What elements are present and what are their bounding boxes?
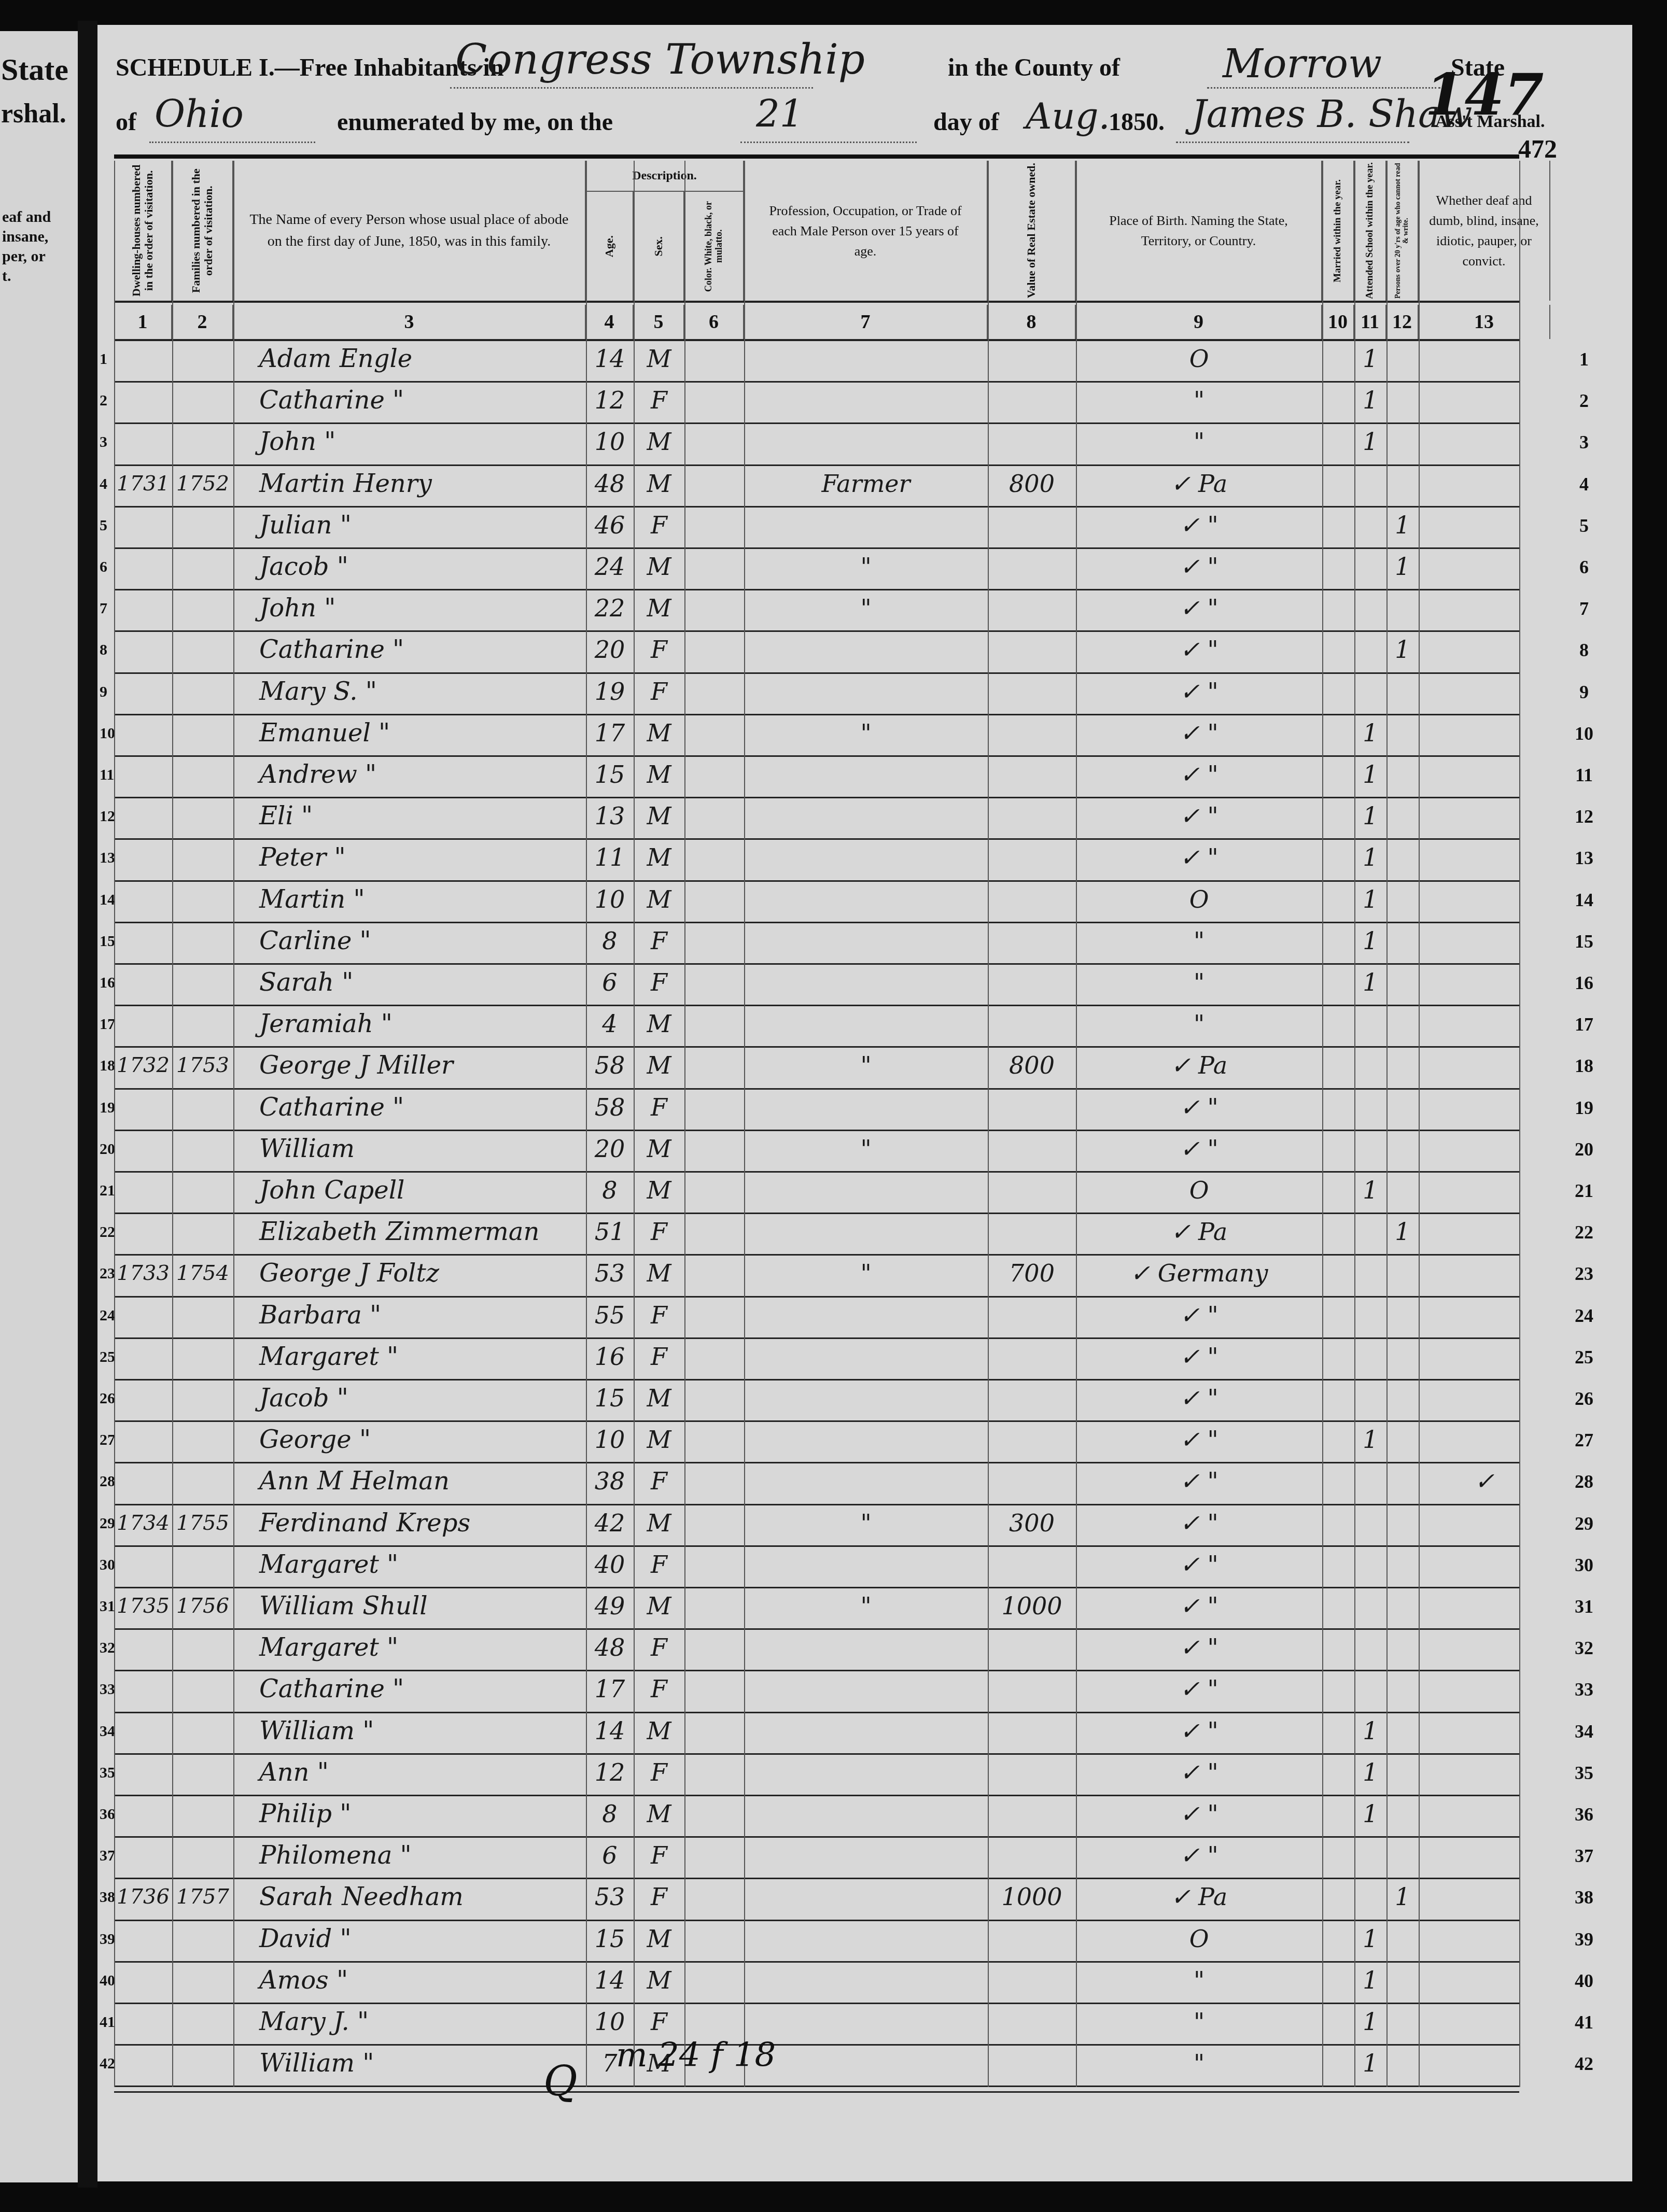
age-value: 10	[586, 2004, 634, 2039]
year-value: 1850.	[1109, 108, 1165, 136]
line-number-left: 1	[100, 350, 107, 368]
dwelling-number	[114, 590, 172, 626]
person-name: Philomena "	[233, 1838, 612, 1873]
dwelling-number	[114, 341, 172, 376]
family-number: 1757	[172, 1879, 233, 1914]
table-row: 28Ann M Helman38F✓ "✓28	[114, 1463, 1519, 1499]
real-estate-value	[988, 1796, 1076, 1831]
school-mark: 1	[1354, 341, 1386, 376]
illiterate-mark	[1386, 1755, 1419, 1790]
occupation-value	[744, 632, 988, 667]
school-mark: 1	[1354, 1713, 1386, 1749]
disability-mark	[1419, 466, 1550, 501]
occupation-value	[744, 1090, 988, 1125]
line-number-left: 42	[100, 2055, 115, 2073]
sex-value: M	[634, 1422, 684, 1457]
person-name: Catharine "	[233, 1671, 612, 1707]
col-label: Color. White, black, or mulatto.	[704, 192, 724, 301]
sex-value: M	[634, 1131, 684, 1166]
birthplace-value: ✓ "	[1076, 508, 1322, 543]
month-value: Aug.	[1026, 95, 1110, 137]
dwelling-number: 1733	[114, 1256, 172, 1291]
real-estate-value	[988, 383, 1076, 418]
person-name: Sarah "	[233, 965, 612, 1000]
birthplace-value: ✓ "	[1076, 590, 1322, 626]
family-number	[172, 1755, 233, 1790]
table-row: 12Eli "13M✓ "112	[114, 798, 1519, 834]
dwelling-number	[114, 1547, 172, 1582]
school-mark: 1	[1354, 1173, 1386, 1208]
age-value: 16	[586, 1339, 634, 1374]
occupation-value	[744, 1173, 988, 1208]
table-row: 3John "10M"13	[114, 424, 1519, 459]
age-value: 20	[586, 1131, 634, 1166]
person-name: Andrew "	[233, 757, 612, 792]
person-name: William	[233, 1131, 612, 1166]
family-number	[172, 2004, 233, 2039]
sex-value: F	[634, 1879, 684, 1914]
sex-value: F	[634, 1298, 684, 1333]
sex-value: F	[634, 1214, 684, 1249]
line-number-right: 12	[1556, 806, 1613, 827]
real-estate-value: 1000	[988, 1588, 1076, 1624]
real-estate-value	[988, 1838, 1076, 1873]
real-estate-value	[988, 2046, 1076, 2081]
real-estate-value	[988, 2004, 1076, 2039]
dwelling-number	[114, 1006, 172, 1041]
col-header-sex: Sex.	[634, 192, 684, 301]
illiterate-mark	[1386, 1921, 1419, 1956]
illiterate-mark	[1386, 424, 1419, 459]
line-number-left: 30	[100, 1556, 115, 1574]
family-number	[172, 1298, 233, 1333]
line-number-left: 23	[100, 1265, 115, 1283]
birthplace-value: ✓ "	[1076, 1838, 1322, 1873]
line-number-right: 3	[1556, 431, 1613, 453]
illiterate-mark	[1386, 882, 1419, 917]
day-underline	[740, 142, 917, 143]
disability-mark	[1419, 1256, 1550, 1291]
school-mark	[1354, 1588, 1386, 1624]
age-value: 15	[586, 1380, 634, 1416]
line-number-right: 22	[1556, 1221, 1613, 1243]
census-table	[114, 154, 1519, 159]
disability-mark	[1419, 424, 1550, 459]
table-row: 19Catharine "58F✓ "19	[114, 1090, 1519, 1125]
column-rule	[114, 161, 115, 2087]
family-number	[172, 383, 233, 418]
school-mark	[1354, 1131, 1386, 1166]
table-row: 42William "7M"142	[114, 2046, 1519, 2081]
age-value: 19	[586, 674, 634, 709]
book-binding	[78, 21, 97, 2188]
school-mark	[1354, 1090, 1386, 1125]
birthplace-value: "	[1076, 1006, 1322, 1041]
line-number-right: 11	[1556, 764, 1613, 786]
line-number-right: 17	[1556, 1013, 1613, 1035]
family-number: 1756	[172, 1588, 233, 1624]
school-mark	[1354, 1838, 1386, 1873]
real-estate-value	[988, 674, 1076, 709]
person-name: Catharine "	[233, 632, 612, 667]
person-name: Carline "	[233, 923, 612, 959]
county-underline	[1207, 87, 1440, 89]
age-value: 11	[586, 840, 634, 875]
col-num-2: 2	[172, 305, 233, 339]
dwelling-number	[114, 1463, 172, 1499]
illiterate-mark	[1386, 1671, 1419, 1707]
real-estate-value	[988, 1755, 1076, 1790]
person-name: John "	[233, 424, 612, 459]
birthplace-value: ✓ "	[1076, 1131, 1322, 1166]
sex-value: M	[634, 798, 684, 834]
occupation-value: "	[744, 1048, 988, 1083]
sex-value: M	[634, 1713, 684, 1749]
disability-mark	[1419, 1630, 1550, 1665]
person-name: John Capell	[233, 1173, 612, 1208]
age-value: 14	[586, 1713, 634, 1749]
occupation-value	[744, 1963, 988, 1998]
person-name: Barbara "	[233, 1298, 612, 1333]
disability-mark	[1419, 757, 1550, 792]
illiterate-mark	[1386, 590, 1419, 626]
occupation-value	[744, 1838, 988, 1873]
disability-mark	[1419, 2004, 1550, 2039]
line-number-right: 32	[1556, 1637, 1613, 1659]
column-rule	[1354, 161, 1355, 2087]
birthplace-value: ✓ "	[1076, 549, 1322, 584]
birthplace-value: O	[1076, 1173, 1322, 1208]
disability-mark	[1419, 1380, 1550, 1416]
person-name: George J Miller	[233, 1048, 612, 1083]
school-mark	[1354, 1256, 1386, 1291]
col-label: Attended School within the year.	[1365, 162, 1376, 299]
disability-mark	[1419, 1214, 1550, 1249]
disability-mark	[1419, 1547, 1550, 1582]
line-number-right: 1	[1556, 348, 1613, 370]
col-header-illiterate: Persons over 20 y'rs of age who cannot r…	[1386, 161, 1419, 301]
col-num-4: 4	[586, 305, 634, 339]
dwelling-number	[114, 1671, 172, 1707]
table-row: 30Margaret "40F✓ "30	[114, 1547, 1519, 1582]
col-num-8: 8	[988, 305, 1076, 339]
age-value: 14	[586, 341, 634, 376]
age-value: 15	[586, 1921, 634, 1956]
occupation-value	[744, 1671, 988, 1707]
line-number-left: 39	[100, 1931, 115, 1948]
col-num-12: 12	[1386, 305, 1419, 339]
disability-mark	[1419, 1588, 1550, 1624]
line-number-right: 9	[1556, 681, 1613, 703]
illiterate-mark	[1386, 1298, 1419, 1333]
illiterate-mark	[1386, 1006, 1419, 1041]
age-value: 58	[586, 1090, 634, 1125]
line-number-left: 33	[100, 1681, 115, 1698]
real-estate-value	[988, 1339, 1076, 1374]
disability-mark	[1419, 1422, 1550, 1457]
occupation-value	[744, 674, 988, 709]
birthplace-value: ✓ "	[1076, 1090, 1322, 1125]
age-value: 46	[586, 508, 634, 543]
col-label: Married within the year.	[1333, 179, 1343, 283]
table-row: 25Margaret "16F✓ "25	[114, 1339, 1519, 1374]
line-number-left: 5	[100, 517, 107, 534]
person-name: Julian "	[233, 508, 612, 543]
illiterate-mark	[1386, 757, 1419, 792]
age-value: 24	[586, 549, 634, 584]
disability-mark	[1419, 549, 1550, 584]
county-value: Morrow	[1223, 40, 1382, 87]
line-number-left: 41	[100, 2013, 115, 2031]
line-number-left: 11	[100, 766, 114, 784]
dwelling-number	[114, 1131, 172, 1166]
person-name: William "	[233, 1713, 612, 1749]
table-row: 21John Capell8MO121	[114, 1173, 1519, 1208]
line-number-left: 20	[100, 1140, 115, 1158]
family-number	[172, 1422, 233, 1457]
family-number	[172, 1630, 233, 1665]
line-number-right: 24	[1556, 1305, 1613, 1327]
person-name: Amos "	[233, 1963, 612, 1998]
line-number-left: 38	[100, 1889, 115, 1906]
occupation-value	[744, 383, 988, 418]
sex-value: F	[634, 674, 684, 709]
line-number-left: 29	[100, 1515, 115, 1532]
col-label: Persons over 20 y'rs of age who cannot r…	[1394, 161, 1410, 301]
sex-value: F	[634, 1339, 684, 1374]
person-name: George J Foltz	[233, 1256, 612, 1291]
prev-col13-line: t.	[2, 266, 51, 286]
school-mark	[1354, 1879, 1386, 1914]
school-mark: 1	[1354, 757, 1386, 792]
line-number-right: 37	[1556, 1845, 1613, 1867]
family-number	[172, 1671, 233, 1707]
person-name: Ferdinand Kreps	[233, 1505, 612, 1541]
real-estate-value: 1000	[988, 1879, 1076, 1914]
school-mark	[1354, 466, 1386, 501]
table-row: 20William20M"✓ "20	[114, 1131, 1519, 1166]
dwelling-number: 1732	[114, 1048, 172, 1083]
line-number-right: 28	[1556, 1471, 1613, 1492]
disability-mark	[1419, 341, 1550, 376]
dwelling-number	[114, 1339, 172, 1374]
birthplace-value: ✓ "	[1076, 632, 1322, 667]
table-row: 11Andrew "15M✓ "111	[114, 757, 1519, 792]
birthplace-value: "	[1076, 1963, 1322, 1998]
person-name: Jacob "	[233, 1380, 612, 1416]
line-number-right: 6	[1556, 556, 1613, 578]
county-label: in the County of	[948, 53, 1120, 82]
sex-value: M	[634, 549, 684, 584]
birthplace-value: ✓ "	[1076, 1380, 1322, 1416]
real-estate-value	[988, 882, 1076, 917]
dwelling-number: 1735	[114, 1588, 172, 1624]
age-value: 6	[586, 965, 634, 1000]
occupation-value	[744, 1879, 988, 1914]
sex-value: M	[634, 1380, 684, 1416]
col-header-dwelling: Dwelling-houses numbered in the order of…	[114, 161, 172, 301]
sex-value: M	[634, 757, 684, 792]
day-of-label: day of	[933, 108, 999, 136]
occupation-value	[744, 1630, 988, 1665]
column-rule	[172, 161, 173, 2087]
line-number-left: 19	[100, 1099, 115, 1117]
illiterate-mark	[1386, 1713, 1419, 1749]
occupation-value	[744, 1713, 988, 1749]
family-number	[172, 549, 233, 584]
disability-mark	[1419, 632, 1550, 667]
column-rule	[744, 161, 745, 2087]
occupation-value	[744, 965, 988, 1000]
birthplace-value: ✓ Germany	[1076, 1256, 1322, 1291]
sex-value: M	[634, 1173, 684, 1208]
disability-mark	[1419, 1879, 1550, 1914]
illiterate-mark	[1386, 798, 1419, 834]
sex-value: M	[634, 1963, 684, 1998]
dwelling-number	[114, 923, 172, 959]
illiterate-mark	[1386, 674, 1419, 709]
table-row: 5Julian "46F✓ "15	[114, 508, 1519, 543]
disability-mark	[1419, 1963, 1550, 1998]
table-row: 6Jacob "24M"✓ "16	[114, 549, 1519, 584]
family-number	[172, 715, 233, 751]
prev-col13-text: eaf and insane, per, or t.	[2, 207, 51, 286]
line-number-left: 37	[100, 1847, 115, 1865]
dwelling-number	[114, 882, 172, 917]
table-row: 34William "14M✓ "134	[114, 1713, 1519, 1749]
real-estate-value	[988, 1298, 1076, 1333]
prev-col13-line: per, or	[2, 247, 51, 266]
table-row: 2Catharine "12F"12	[114, 383, 1519, 418]
sex-value: M	[634, 590, 684, 626]
table-row: 37Philomena "6F✓ "37	[114, 1838, 1519, 1873]
real-estate-value	[988, 424, 1076, 459]
illiterate-mark	[1386, 715, 1419, 751]
line-number-right: 18	[1556, 1055, 1613, 1077]
table-row: 16Sarah "6F"116	[114, 965, 1519, 1000]
line-number-left: 40	[100, 1972, 115, 1990]
real-estate-value	[988, 1630, 1076, 1665]
birthplace-value: ✓ "	[1076, 798, 1322, 834]
sex-value: F	[634, 1090, 684, 1125]
prev-col13-line: insane,	[2, 227, 51, 247]
family-number	[172, 341, 233, 376]
age-value: 17	[586, 1671, 634, 1707]
age-value: 48	[586, 1630, 634, 1665]
illiterate-mark	[1386, 341, 1419, 376]
table-row: 41Mary J. "10F"141	[114, 2004, 1519, 2039]
line-number-left: 16	[100, 974, 115, 992]
illiterate-mark	[1386, 2004, 1419, 2039]
occupation-value	[744, 2004, 988, 2039]
family-number	[172, 1796, 233, 1831]
disability-mark	[1419, 1921, 1550, 1956]
family-number: 1752	[172, 466, 233, 501]
col-num-11: 11	[1354, 305, 1386, 339]
age-value: 8	[586, 1796, 634, 1831]
family-number	[172, 1547, 233, 1582]
table-row: 10Emanuel "17M"✓ "110	[114, 715, 1519, 751]
school-mark: 1	[1354, 715, 1386, 751]
sex-value: M	[634, 1921, 684, 1956]
age-value: 38	[586, 1463, 634, 1499]
occupation-value	[744, 1921, 988, 1956]
disability-mark	[1419, 1006, 1550, 1041]
real-estate-value	[988, 965, 1076, 1000]
line-number-right: 36	[1556, 1804, 1613, 1825]
sex-value: M	[634, 1588, 684, 1624]
tally-mark: Q	[543, 2057, 578, 2105]
occupation-value	[744, 1755, 988, 1790]
birthplace-value: "	[1076, 2004, 1322, 2039]
township-value: Congress Township	[455, 35, 865, 83]
line-number-left: 32	[100, 1639, 115, 1657]
real-estate-value	[988, 341, 1076, 376]
sex-value: F	[634, 1630, 684, 1665]
line-number-right: 39	[1556, 1928, 1613, 1950]
line-number-left: 8	[100, 641, 107, 659]
col-label: Sex.	[652, 236, 665, 257]
person-name: Peter "	[233, 840, 612, 875]
age-value: 42	[586, 1505, 634, 1541]
illiterate-mark	[1386, 1339, 1419, 1374]
sex-value: M	[634, 1796, 684, 1831]
marshal-underline	[1176, 142, 1409, 143]
school-mark: 1	[1354, 424, 1386, 459]
line-number-left: 2	[100, 392, 107, 410]
school-mark	[1354, 1298, 1386, 1333]
dwelling-number	[114, 1214, 172, 1249]
illiterate-mark	[1386, 1963, 1419, 1998]
line-number-right: 16	[1556, 972, 1613, 994]
occupation-value	[744, 1339, 988, 1374]
column-rule	[684, 161, 685, 2087]
day-value: 21	[756, 92, 804, 136]
school-mark	[1354, 1505, 1386, 1541]
disability-mark	[1419, 1755, 1550, 1790]
real-estate-value	[988, 1422, 1076, 1457]
state-underline	[149, 142, 315, 143]
line-number-left: 24	[100, 1307, 115, 1325]
family-number	[172, 840, 233, 875]
family-number	[172, 508, 233, 543]
column-rule	[233, 161, 234, 2087]
line-number-left: 13	[100, 849, 115, 867]
family-number	[172, 1131, 233, 1166]
age-value: 14	[586, 1963, 634, 1998]
age-value: 10	[586, 1422, 634, 1457]
line-number-right: 25	[1556, 1346, 1613, 1368]
real-estate-value	[988, 757, 1076, 792]
real-estate-value	[988, 590, 1076, 626]
col-num-6: 6	[684, 305, 744, 339]
dwelling-number	[114, 1173, 172, 1208]
real-estate-value	[988, 549, 1076, 584]
occupation-value	[744, 2046, 988, 2081]
dwelling-number	[114, 715, 172, 751]
sex-value: M	[634, 341, 684, 376]
sex-value: F	[634, 632, 684, 667]
sex-value: M	[634, 715, 684, 751]
state-value: Ohio	[155, 92, 244, 136]
table-row: 27George "10M✓ "127	[114, 1422, 1519, 1457]
dwelling-number	[114, 757, 172, 792]
sex-value: F	[634, 1755, 684, 1790]
prev-state-label: State	[1, 52, 68, 88]
disability-mark	[1419, 2046, 1550, 2081]
line-number-left: 28	[100, 1473, 115, 1490]
dwelling-number	[114, 508, 172, 543]
